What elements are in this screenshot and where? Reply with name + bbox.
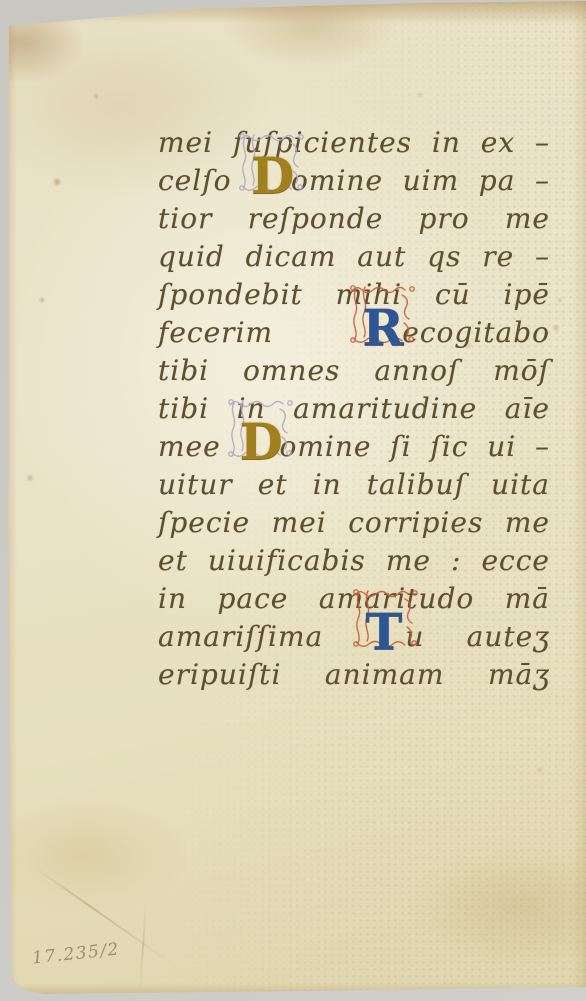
text-line: ſpecie mei corripies me bbox=[158, 504, 550, 542]
text-run: uitur et in talibuſ uita bbox=[158, 468, 550, 501]
initial-letter: T bbox=[365, 602, 402, 661]
text-run: tibi in amaritudine aīe bbox=[158, 392, 550, 425]
illuminated-initial-D: D bbox=[251, 173, 291, 181]
manuscript-leaf: mei ſuſpicientes in ex –celſo Domine uim… bbox=[0, 0, 586, 1001]
text-line: mee Domine ſi ſic ui – bbox=[158, 428, 550, 466]
text-line: tibi in amaritudine aīe bbox=[158, 390, 550, 428]
initial-letter: R bbox=[362, 298, 404, 357]
text-run: omine uim pa – bbox=[291, 164, 550, 197]
text-run: et uiuificabis me : ecce bbox=[158, 544, 550, 577]
fold-crease bbox=[139, 900, 147, 992]
text-line: eripuiſti animam māʒ bbox=[158, 656, 550, 694]
text-line: fecerim Recogitabo bbox=[158, 314, 550, 352]
text-line: tior reſponde pro me bbox=[158, 200, 550, 238]
text-line: quid dicam aut qs re – bbox=[158, 238, 550, 276]
initial-letter: D bbox=[251, 146, 294, 205]
illuminated-initial-D: D bbox=[240, 439, 280, 447]
text-line: et uiuificabis me : ecce bbox=[158, 542, 550, 580]
text-line: tibi omnes annoſ mōſ bbox=[158, 352, 550, 390]
text-run: ſpecie mei corripies me bbox=[158, 506, 550, 539]
text-run: tior reſponde pro me bbox=[158, 202, 550, 235]
text-run: fecerim bbox=[158, 316, 362, 349]
text-line: uitur et in talibuſ uita bbox=[158, 466, 550, 504]
text-run: omine ſi ſic ui – bbox=[280, 430, 551, 463]
text-run: amariſſima bbox=[158, 620, 365, 653]
text-run: eripuiſti animam māʒ bbox=[158, 658, 550, 691]
text-line: celſo Domine uim pa – bbox=[158, 162, 550, 200]
text-run: ecogitabo bbox=[402, 316, 550, 349]
text-run: quid dicam aut qs re – bbox=[158, 240, 550, 273]
photo-background: mei ſuſpicientes in ex –celſo Domine uim… bbox=[0, 0, 586, 1001]
initial-letter: D bbox=[240, 412, 283, 471]
text-run: u auteʒ bbox=[405, 620, 550, 653]
text-line: mei ſuſpicientes in ex – bbox=[158, 124, 550, 162]
manuscript-text-block: mei ſuſpicientes in ex –celſo Domine uim… bbox=[158, 124, 550, 694]
text-run: mei ſuſpicientes in ex – bbox=[158, 126, 550, 159]
shelfmark-pencil-inscription: 17.235/2 bbox=[31, 939, 121, 968]
illuminated-initial-R: R bbox=[362, 325, 402, 333]
text-line: amariſſima Tu auteʒ bbox=[158, 618, 550, 656]
text-run: tibi omnes annoſ mōſ bbox=[158, 354, 550, 387]
illuminated-initial-T: T bbox=[365, 629, 405, 637]
